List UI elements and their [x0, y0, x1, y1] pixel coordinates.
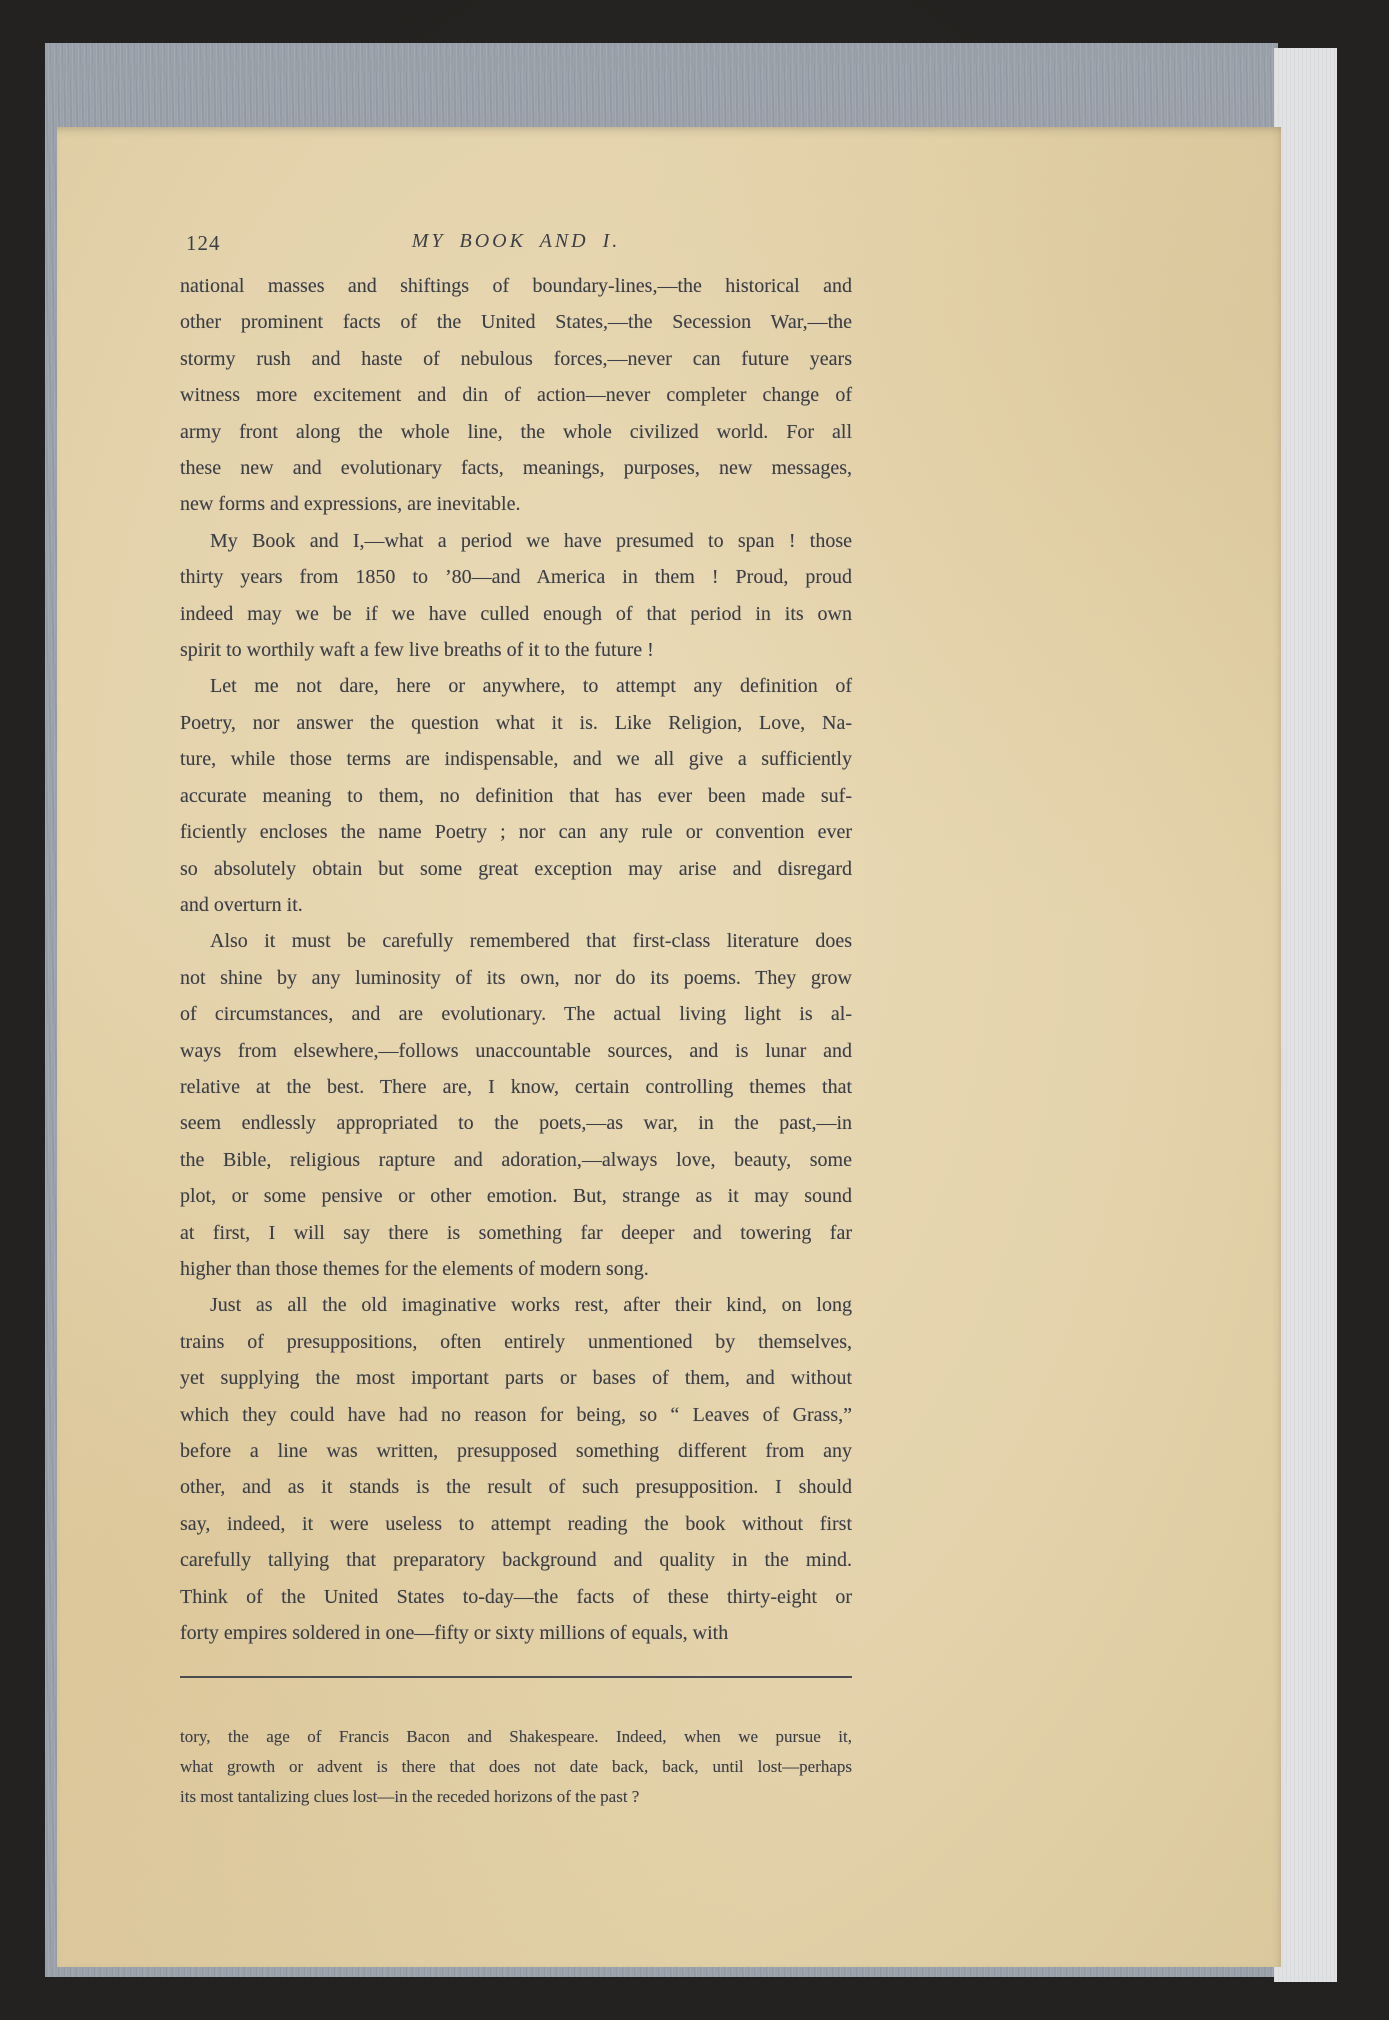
text-line: these new and evolutionary facts, meanin…: [180, 450, 852, 486]
body-text: national masses and shiftings of boundar…: [180, 268, 852, 1651]
paragraph: Also it must be carefully remembered tha…: [180, 923, 852, 1287]
paragraph: Just as all the old imaginative works re…: [180, 1287, 852, 1651]
text-line: so absolutely obtain but some great exce…: [180, 851, 852, 887]
text-line: forty empires soldered in one—fifty or s…: [180, 1615, 852, 1651]
text-line: which they could have had no reason for …: [180, 1397, 852, 1433]
text-line: higher than those themes for the element…: [180, 1251, 852, 1287]
text-line: ways from elsewhere,—follows unaccountab…: [180, 1033, 852, 1069]
paragraph: Let me not dare, here or anywhere, to at…: [180, 668, 852, 923]
text-line: at first, I will say there is something …: [180, 1215, 852, 1251]
text-line: its most tantalizing clues lost—in the r…: [180, 1782, 852, 1812]
text-line: new forms and expressions, are inevitabl…: [180, 486, 852, 522]
page-edge-strip: [1274, 48, 1337, 1982]
text-line: carefully tallying that preparatory back…: [180, 1542, 852, 1578]
text-line: of circumstances, and are evolutionary. …: [180, 996, 852, 1032]
text-line: yet supplying the most important parts o…: [180, 1360, 852, 1396]
text-line: trains of presuppositions, often entirel…: [180, 1324, 852, 1360]
text-line: thirty years from 1850 to ’80—and Americ…: [180, 559, 852, 595]
running-header: MY BOOK AND I.: [180, 230, 852, 253]
text-line: other, and as it stands is the result of…: [180, 1469, 852, 1505]
text-line: what growth or advent is there that does…: [180, 1752, 852, 1782]
text-line: national masses and shiftings of boundar…: [180, 268, 852, 304]
text-line: Just as all the old imaginative works re…: [180, 1287, 852, 1323]
text-line: tory, the age of Francis Bacon and Shake…: [180, 1722, 852, 1752]
text-line: army front along the whole line, the who…: [180, 414, 852, 450]
text-line: the Bible, religious rapture and adorati…: [180, 1142, 852, 1178]
text-line: and overturn it.: [180, 887, 852, 923]
text-line: stormy rush and haste of nebulous forces…: [180, 341, 852, 377]
footnote: tory, the age of Francis Bacon and Shake…: [180, 1722, 852, 1812]
text-line: relative at the best. There are, I know,…: [180, 1069, 852, 1105]
paragraph: My Book and I,—what a period we have pre…: [180, 523, 852, 669]
book-page: 124 MY BOOK AND I. national masses and s…: [57, 127, 1281, 1967]
paragraph: national masses and shiftings of boundar…: [180, 268, 852, 523]
text-line: before a line was written, presupposed s…: [180, 1433, 852, 1469]
page-header-row: 124 MY BOOK AND I.: [180, 228, 852, 260]
text-line: accurate meaning to them, no definition …: [180, 778, 852, 814]
text-line: seem endlessly appropriated to the poets…: [180, 1105, 852, 1141]
text-line: Think of the United States to-day—the fa…: [180, 1579, 852, 1615]
text-line: not shine by any luminosity of its own, …: [180, 960, 852, 996]
text-line: witness more excitement and din of actio…: [180, 377, 852, 413]
text-line: My Book and I,—what a period we have pre…: [180, 523, 852, 559]
text-line: Also it must be carefully remembered tha…: [180, 923, 852, 959]
text-line: ture, while those terms are indispensabl…: [180, 741, 852, 777]
text-line: Poetry, nor answer the question what it …: [180, 705, 852, 741]
text-line: other prominent facts of the United Stat…: [180, 304, 852, 340]
text-line: spirit to worthily waft a few live breat…: [180, 632, 852, 668]
footnote-rule: [180, 1676, 852, 1678]
text-line: plot, or some pensive or other emotion. …: [180, 1178, 852, 1214]
text-line: say, indeed, it were useless to attempt …: [180, 1506, 852, 1542]
text-line: Let me not dare, here or anywhere, to at…: [180, 668, 852, 704]
text-line: ficiently encloses the name Poetry ; nor…: [180, 814, 852, 850]
text-line: indeed may we be if we have culled enoug…: [180, 596, 852, 632]
